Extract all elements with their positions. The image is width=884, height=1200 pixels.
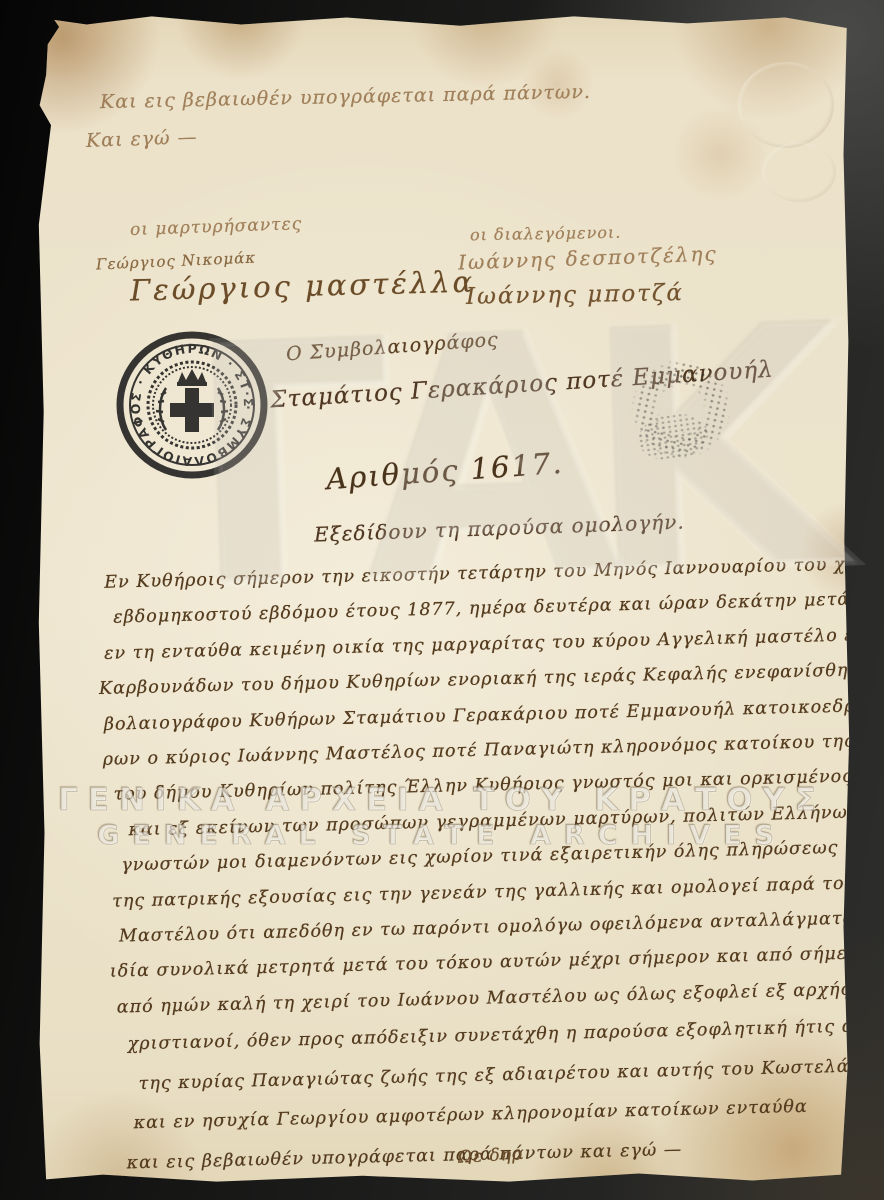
seal-cross-icon [170, 388, 214, 432]
document-number: Αριθμός 1617. [325, 446, 564, 496]
top-annotation-line-1: Και εις βεβαιωθέν υπογράφεται παρά πάντω… [100, 81, 591, 113]
notary-title: Ο Συμβολαιογράφος [285, 329, 499, 366]
party-signature-right: Ιωάννης μποτζά [466, 280, 684, 310]
bottom-annotation: Ωε δηρ [458, 1144, 524, 1167]
seal-crown-icon [177, 369, 207, 386]
embossed-seal-circle [762, 142, 836, 202]
witnesses-left-heading: οι μαρτυρήσαντες [130, 214, 303, 240]
notary-seal-stamp: · ΣΥΜΒΟΛΑΙΟΓΡΑΦΟΣ · ΚΥΘΗΡΩΝ · ΣΤ·ΣΜ · [114, 330, 270, 480]
top-annotation-line-2: Και εγώ — [86, 126, 198, 152]
party-name-top: Ιωάννης δεσποτζέλης [458, 241, 718, 274]
witness-signature-left: Γεώργιος μαστέλλα [130, 264, 476, 307]
embossed-seal-circle [738, 62, 834, 148]
witness-name-small: Γεώργιος Νικομάκ [96, 249, 257, 274]
parties-right-heading: οι διαλεγόμενοι. [470, 223, 622, 245]
issue-statement: Εξεδίδουν τη παρούσα ομολογήν. [314, 510, 685, 547]
manuscript-body: Εν Κυθήροις σήμερον την εικοστήν τετάρτη… [96, 547, 884, 1182]
document-paper: Και εις βεβαιωθέν υπογράφεται παρά πάντω… [38, 14, 850, 1184]
